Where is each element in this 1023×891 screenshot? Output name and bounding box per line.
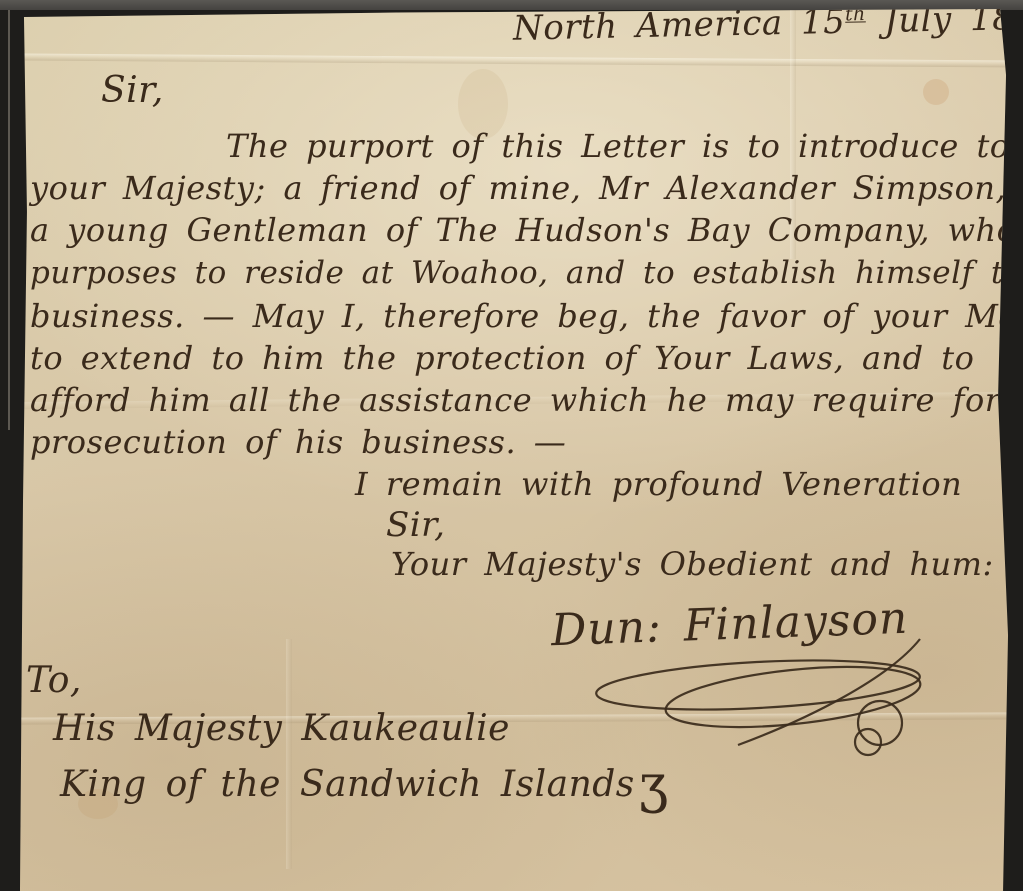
- address-end-flourish: ʒ: [639, 755, 669, 815]
- scanner-bed-top-strip: [0, 0, 1023, 10]
- body-line: business. — May I, therefore beg, the fa…: [30, 299, 1023, 334]
- body-line: afford him all the assistance which he m…: [30, 383, 1023, 418]
- signature: Dun: Finlayson: [550, 595, 909, 656]
- paper-stain: [923, 79, 949, 105]
- body-line: The purport of this Letter is to introdu…: [226, 129, 1010, 164]
- scanned-letter-image: North America 15th July 1839 Sir, The pu…: [0, 0, 1023, 891]
- closing-line: I remain with profound Veneration: [355, 467, 962, 502]
- letter-paper: North America 15th July 1839 Sir, The pu…: [18, 9, 1014, 891]
- salutation: Sir,: [101, 71, 164, 111]
- address-recipient: His Majesty Kaukeaulie: [53, 708, 510, 749]
- signature-flourish: [588, 649, 948, 764]
- body-line: to extend to him the protection of Your …: [30, 341, 974, 376]
- scanner-bed-left-edge: [8, 10, 10, 430]
- body-line: prosecution of his business. —: [30, 425, 566, 460]
- address-line: King of the Sandwich Islandsʒ: [60, 751, 669, 808]
- closing-line: Your Majesty's Obedient and hum: Servant: [391, 547, 1023, 582]
- address-title: King of the Sandwich Islands: [60, 764, 635, 805]
- body-line: purposes to reside at Woahoo, and to est…: [30, 256, 1023, 290]
- body-line: your Majesty; a friend of mine, Mr Alexa…: [30, 171, 1006, 206]
- fold-crease-top: [18, 54, 1014, 68]
- closing-line: Sir,: [386, 507, 446, 544]
- address-to: To,: [26, 661, 82, 701]
- body-line: a young Gentleman of The Hudson's Bay Co…: [30, 213, 1016, 248]
- address-line: His Majesty Kaukeaulie: [53, 709, 510, 749]
